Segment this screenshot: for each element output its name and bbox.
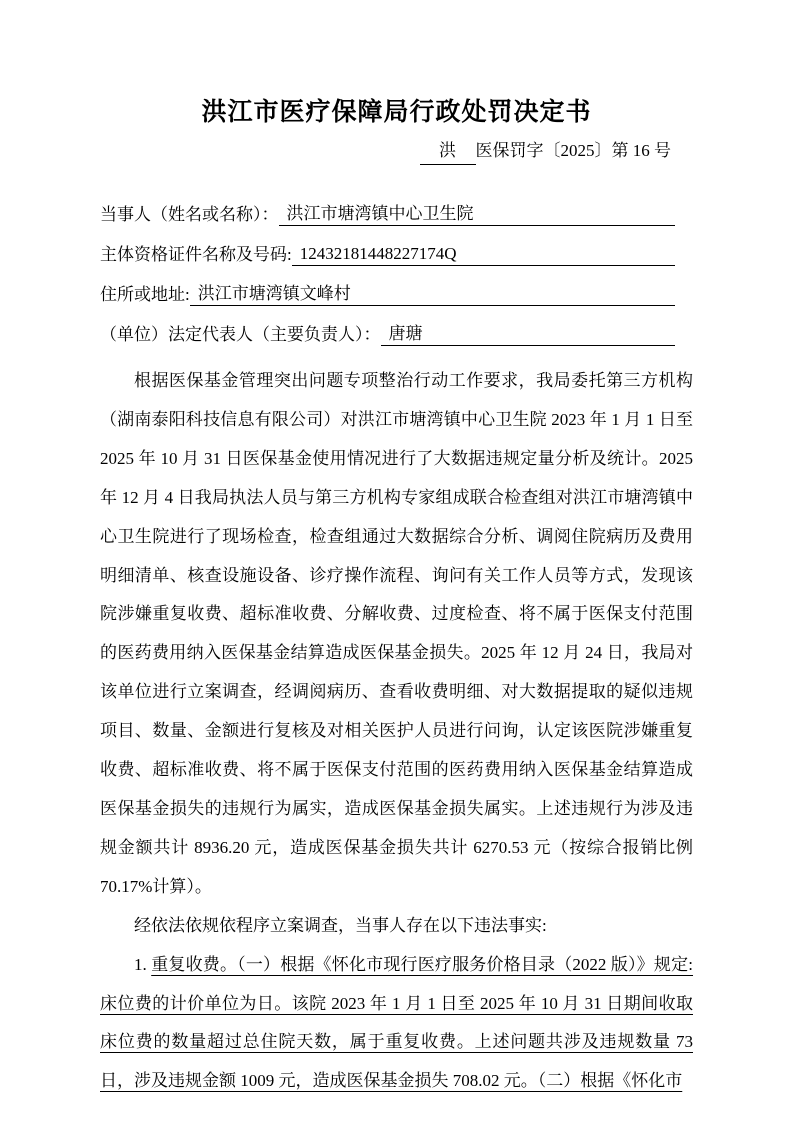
legal-representative-value: 唐瑭 bbox=[381, 322, 676, 346]
address-value: 洪江市塘湾镇文峰村 bbox=[190, 282, 675, 306]
party-info-section: 当事人（姓名或名称）： 洪江市塘湾镇中心卫生院 主体资格证件名称及号码: 124… bbox=[100, 202, 693, 346]
doc-number-region-code: 洪 bbox=[420, 138, 476, 165]
field-row-party-name: 当事人（姓名或名称）： 洪江市塘湾镇中心卫生院 bbox=[100, 202, 675, 226]
paragraph-investigation-narrative: 根据医保基金管理突出问题专项整治行动工作要求，我局委托第三方机构（湖南泰阳科技信… bbox=[100, 362, 693, 907]
field-row-legal-representative: （单位）法定代表人（主要负责人）： 唐瑭 bbox=[100, 322, 675, 346]
violation-1-underlined-facts: 重复收费。（一）根据《怀化市现行医疗服务价格目录（2022 版）》规定: 床位费… bbox=[100, 955, 693, 1091]
party-name-value: 洪江市塘湾镇中心卫生院 bbox=[279, 202, 676, 226]
field-row-address: 住所或地址: 洪江市塘湾镇文峰村 bbox=[100, 282, 675, 306]
field-row-credential-number: 主体资格证件名称及号码: 12432181448227174Q bbox=[100, 242, 675, 266]
violation-1-item-number: 1. bbox=[134, 955, 151, 974]
paragraph-facts-intro: 经依法依规依程序立案调查，当事人存在以下违法事实: bbox=[100, 907, 693, 946]
paragraph-violation-1: 1. 重复收费。（一）根据《怀化市现行医疗服务价格目录（2022 版）》规定: … bbox=[100, 946, 693, 1102]
doc-number-text: 医保罚字〔2025〕第 16 号 bbox=[476, 141, 672, 160]
doc-number-line: 洪医保罚字〔2025〕第 16 号 bbox=[100, 138, 693, 164]
credential-number-value: 12432181448227174Q bbox=[292, 242, 675, 266]
document-body: 根据医保基金管理突出问题专项整治行动工作要求，我局委托第三方机构（湖南泰阳科技信… bbox=[100, 362, 693, 1101]
address-label: 住所或地址: bbox=[100, 283, 190, 306]
penalty-decision-document-page: 洪江市医疗保障局行政处罚决定书 洪医保罚字〔2025〕第 16 号 当事人（姓名… bbox=[0, 0, 793, 1122]
party-name-label: 当事人（姓名或名称）： bbox=[100, 203, 279, 226]
legal-representative-label: （单位）法定代表人（主要负责人）： bbox=[100, 323, 381, 346]
credential-number-label: 主体资格证件名称及号码: bbox=[100, 243, 292, 266]
document-title: 洪江市医疗保障局行政处罚决定书 bbox=[100, 96, 693, 130]
